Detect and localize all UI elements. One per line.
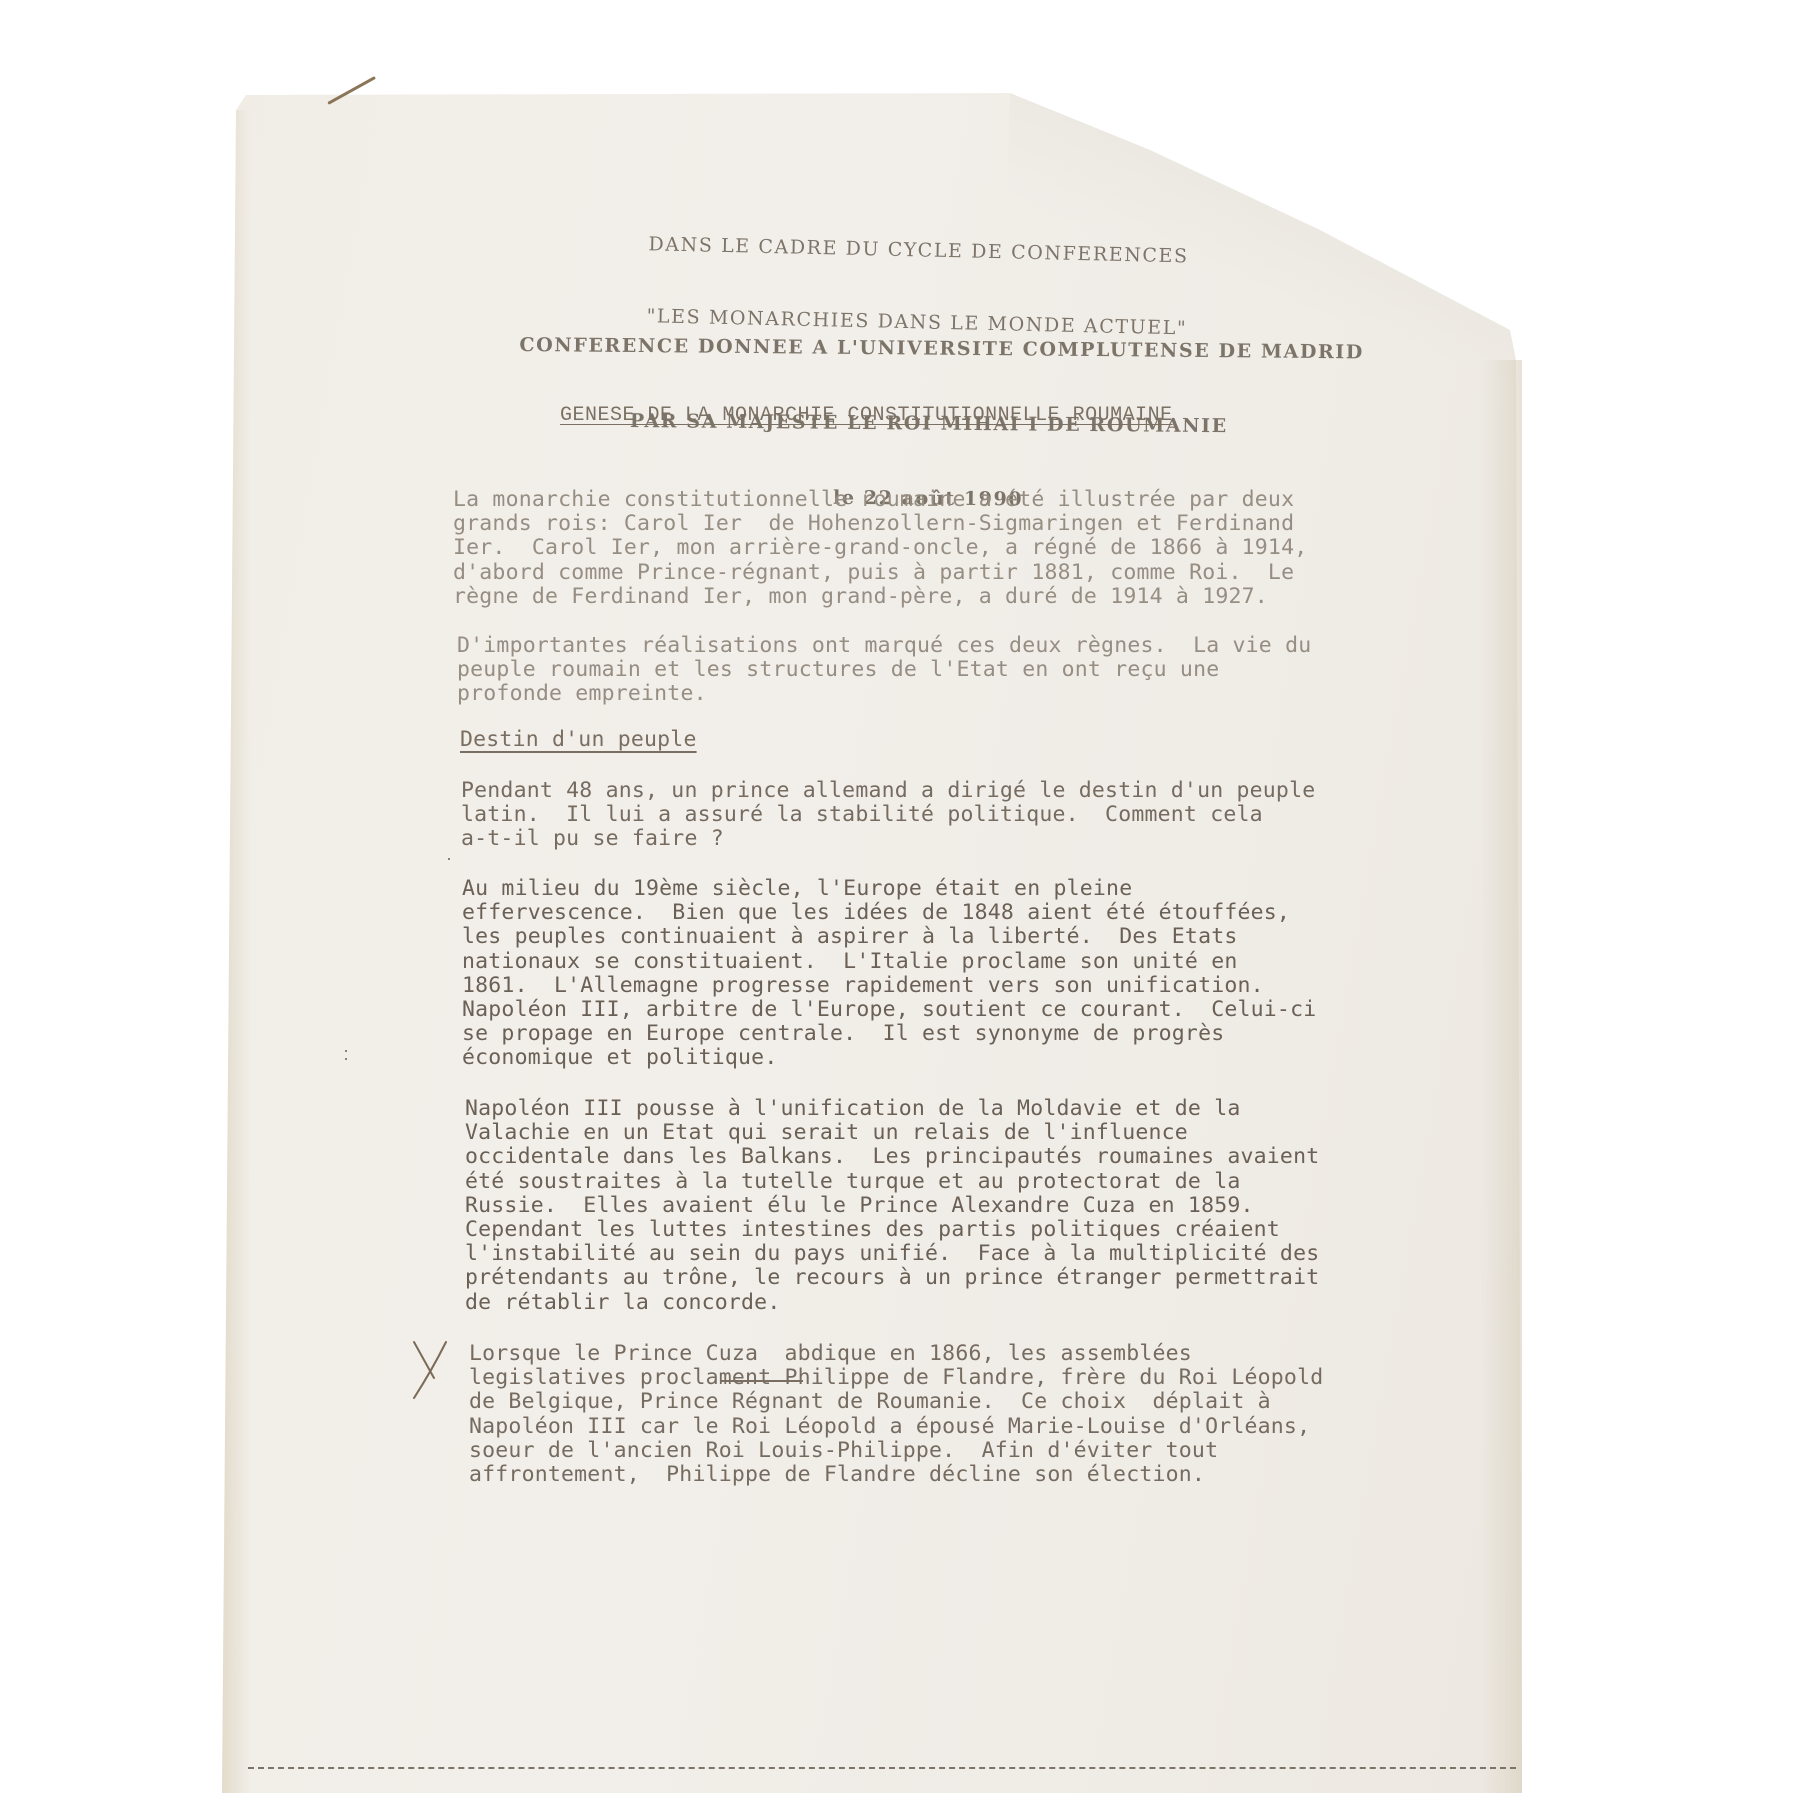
paper-right-edge (1480, 360, 1522, 1793)
stray-ink-dot (345, 1058, 347, 1060)
perforation-line (248, 1767, 1516, 1769)
paragraph-5: Napoléon III pousse à l'unification de l… (465, 1097, 1319, 1315)
paper-left-edge (222, 110, 250, 1793)
stray-ink-dot (448, 858, 450, 860)
paragraph-1: La monarchie constitutionnelle roumaine … (453, 488, 1307, 609)
header-conference-line-1: CONFERENCE DONNEE A L'UNIVERSITE COMPLUT… (519, 333, 1339, 365)
paragraph-2: D'importantes réalisations ont marqué ce… (457, 634, 1311, 707)
cuza-underline-mark (720, 1380, 803, 1382)
document-title: GENESE DE LA MONARCHIE CONSTITUTIONNELLE… (560, 404, 1173, 427)
paragraph-3: Pendant 48 ans, un prince allemand a dir… (461, 779, 1315, 852)
margin-x-mark-icon (410, 1340, 452, 1400)
header-cycle-line-1: DANS LE CADRE DU CYCLE DE CONFERENCES (638, 232, 1198, 269)
stray-ink-dot (345, 1050, 347, 1052)
paragraph-6: Lorsque le Prince Cuza abdique en 1866, … (469, 1342, 1323, 1487)
paragraph-4: Au milieu du 19ème siècle, l'Europe étai… (462, 877, 1316, 1071)
section-subheading: Destin d'un peuple (460, 727, 697, 752)
